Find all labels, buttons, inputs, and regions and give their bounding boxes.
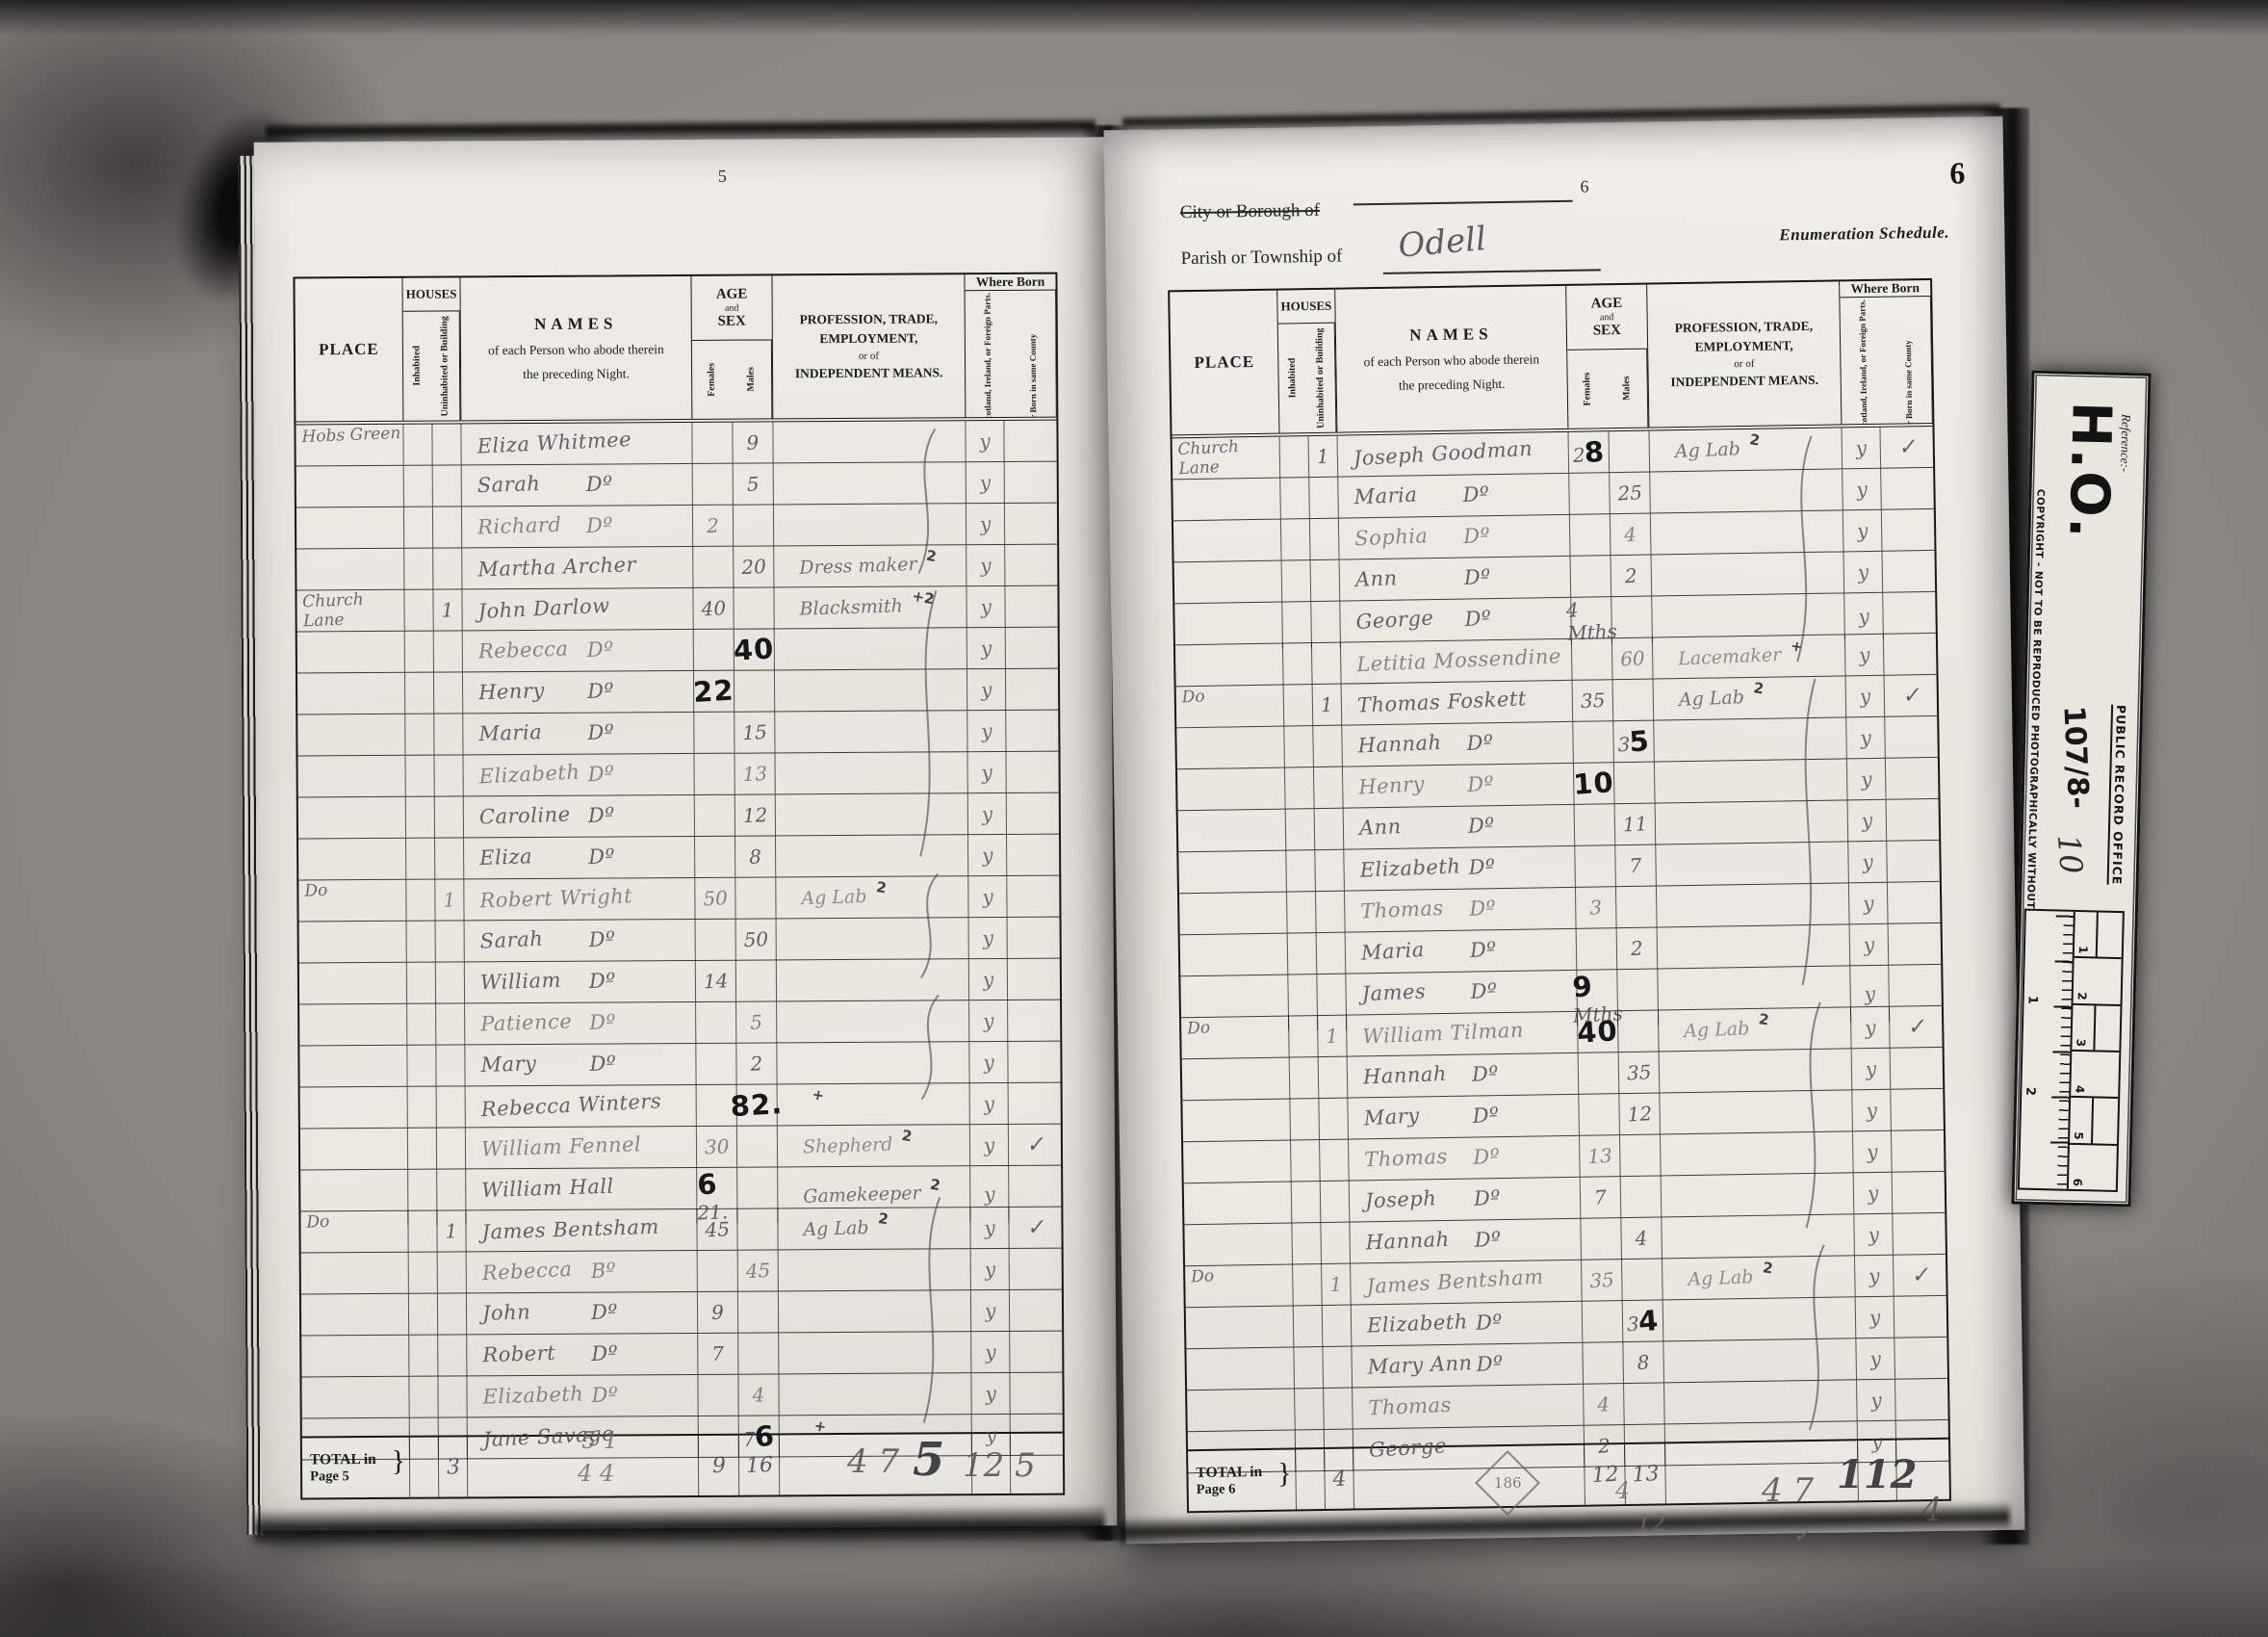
born-county-mark: y <box>1857 605 1869 629</box>
column-born-elsewhere: Whether Born in Scotland, Ireland, or Fo… <box>1840 298 1888 425</box>
male-age-entry: 4 <box>1597 1392 1610 1416</box>
born-county-mark: y <box>1859 685 1871 709</box>
column-uninhabited: Uninhabited or Building <box>431 311 461 420</box>
male-age-entry: 30 <box>705 1135 730 1158</box>
male-age-entry: 40 <box>1577 1015 1618 1049</box>
born-county-mark: y <box>1855 436 1868 460</box>
pencil-note: 12 5 <box>963 1446 1036 1485</box>
census-page-5: 5 PLACE HOUSES Uninhabited or Building I… <box>254 137 1118 1530</box>
name-entry: Mary Ann <box>1367 1343 1473 1387</box>
ditto-mark: Dº <box>1462 475 1490 514</box>
profession-entry: Shepherd <box>803 1133 893 1157</box>
male-age-entry: 22 <box>693 675 735 708</box>
name-entry: Hannah <box>1365 1220 1451 1262</box>
census-row: CarolineDº12y <box>298 793 1059 840</box>
census-table: PLACE HOUSES Uninhabited or Building Inh… <box>1168 278 1951 1513</box>
column-females: Females <box>692 341 732 419</box>
ruler-cm-cell: 2 <box>2074 958 2122 1006</box>
pencil-note: 5 1 <box>581 1427 618 1454</box>
column-age-and: and <box>1600 312 1614 323</box>
born-county-mark: y <box>1861 850 1873 874</box>
male-age-entry: 4 Mths <box>1566 597 1616 644</box>
female-age-entry: 12 <box>1627 1103 1652 1126</box>
table-rows: Church Lane1Joseph Goodman28Ag Lab2y✓Mar… <box>1173 427 1948 1449</box>
born-elsewhere-mark: ✓ <box>1910 1262 1930 1288</box>
born-county-mark: y <box>980 678 992 702</box>
ditto-mark: Dº <box>586 630 614 669</box>
name-entry: Hannah <box>1362 1054 1448 1097</box>
name-entry: Elizabeth <box>478 753 580 796</box>
name-entry: Thomas <box>1364 1137 1449 1180</box>
female-age-entry: 60 <box>1620 647 1645 670</box>
name-entry: James Bentsham <box>481 1208 659 1252</box>
enumerator-mark: 2 <box>1752 679 1765 697</box>
name-entry: Henry <box>477 671 545 712</box>
ruler-inch-number: 2 <box>2023 1087 2037 1096</box>
pencil-note: 12 <box>1637 1510 1666 1537</box>
name-entry: Joseph Goodman <box>1353 429 1533 479</box>
column-place: PLACE <box>319 340 379 359</box>
census-row: ElizabethDº4y <box>301 1373 1062 1419</box>
column-males: Males <box>1607 350 1648 429</box>
ditto-mark: Dº <box>1466 723 1494 763</box>
name-entry: Maria <box>1353 476 1418 517</box>
column-profession-1: PROFESSION, TRADE, <box>799 311 938 327</box>
name-entry: Ann <box>1354 559 1398 599</box>
census-row: Rebecca Winters82.+y <box>300 1083 1061 1130</box>
column-born-county: Whether Born in same County <box>1885 297 1933 424</box>
column-born-elsewhere: Whether Born in Scotland, Ireland, or Fo… <box>966 291 1012 417</box>
inhabited-entry: 1 <box>445 1219 458 1243</box>
female-age-entry: 25 <box>1617 481 1642 505</box>
pencil-check: ✓ <box>1792 1521 1812 1548</box>
born-county-mark: y <box>979 471 992 495</box>
born-county-mark: y <box>1868 1264 1880 1288</box>
column-names-sub2: the preceding Night. <box>523 366 630 382</box>
census-row: RebeccaBº45y <box>301 1249 1062 1295</box>
name-entry: George <box>1354 598 1434 641</box>
born-elsewhere-mark: ✓ <box>1900 683 1920 709</box>
table-header: PLACE HOUSES Uninhabited or Building Inh… <box>295 274 1056 426</box>
total-brace: } <box>391 1445 405 1478</box>
born-county-mark: y <box>983 1216 995 1240</box>
ditto-mark: Dº <box>587 754 616 793</box>
place-entry: Church Lane <box>296 589 365 632</box>
ditto-mark: Dº <box>1476 1344 1504 1384</box>
total-inhabited: 4 <box>1331 1467 1346 1492</box>
inhabited-entry: 1 <box>1326 1025 1339 1049</box>
born-county-mark: y <box>982 1051 994 1075</box>
ditto-mark: Dº <box>1463 599 1492 639</box>
name-entry: Patience <box>480 1001 573 1043</box>
census-row: MariaDº15y <box>297 711 1058 757</box>
ditto-mark: Dº <box>1468 847 1496 887</box>
pencil-note: 4 7 <box>847 1442 899 1481</box>
column-houses: HOUSES <box>1277 290 1335 325</box>
census-row: ElizaDº8y <box>298 835 1059 881</box>
born-county-mark: y <box>978 429 991 454</box>
column-age: AGE <box>716 286 748 302</box>
born-county-mark: y <box>1863 933 1875 957</box>
born-county-mark: y <box>983 1092 995 1116</box>
census-row: William Fennel30Shepherd2y✓ <box>300 1125 1061 1171</box>
name-entry: Richard <box>477 506 562 547</box>
profession-entry: Blacksmith <box>799 595 903 619</box>
enumerator-mark: 2 <box>929 1176 941 1194</box>
ditto-mark: Dº <box>1473 1137 1501 1177</box>
born-county-mark: y <box>984 1340 996 1364</box>
census-row: MaryDº2y <box>299 1042 1060 1088</box>
name-entry: William Hall <box>481 1167 615 1209</box>
ditto-mark: Dº <box>587 795 615 835</box>
female-age-entry: 82. <box>731 1088 784 1121</box>
male-age-entry: 28 <box>1572 435 1605 469</box>
ruler-cm-cell: 5 <box>2070 1098 2118 1146</box>
ditto-mark: Dº <box>1467 806 1495 845</box>
table-header: PLACE HOUSES Uninhabited or Building Inh… <box>1170 280 1932 438</box>
name-entry: Mary <box>480 1044 537 1084</box>
page-number-small: 6 <box>1580 177 1588 197</box>
total-row: TOTAL in Page 5 } 3 9 16 <box>302 1432 1063 1498</box>
female-age-entry: 5 <box>747 473 760 496</box>
male-age-entry: 14 <box>704 970 729 993</box>
total-page-label: Page 5 <box>310 1468 349 1485</box>
ruler-cm-cell: 1 <box>2075 912 2123 960</box>
place-entry: Do <box>1181 1017 1211 1039</box>
census-row: RebeccaDº40y <box>297 628 1058 674</box>
inhabited-entry: 1 <box>1316 445 1329 469</box>
male-age-entry: 7 <box>711 1342 724 1365</box>
ditto-mark: Dº <box>589 1044 617 1083</box>
inhabited-entry: 1 <box>1329 1272 1343 1296</box>
female-age-entry: 7 <box>1630 854 1642 877</box>
female-age-entry: 50 <box>743 927 768 950</box>
name-entry: Letitia Mossendine <box>1355 637 1561 684</box>
inhabited-entry: 1 <box>1320 693 1333 717</box>
enumerator-mark: 2 <box>925 547 938 565</box>
born-county-mark: y <box>985 1382 997 1406</box>
record-office-label: PUBLIC RECORD OFFICE <box>2107 705 2129 886</box>
born-county-mark: y <box>984 1299 996 1323</box>
male-age-entry: 3 <box>1589 896 1602 919</box>
female-age-entry: 15 <box>742 720 767 743</box>
pencil-note: 4 <box>1921 1491 1943 1529</box>
born-county-mark: y <box>981 761 993 785</box>
enumerator-mark: 2 <box>1748 430 1761 449</box>
ditto-mark: Dº <box>588 961 616 1000</box>
profession-entry: Dress maker <box>799 554 917 579</box>
born-elsewhere-mark: ✓ <box>1025 1214 1045 1240</box>
column-males: Males <box>732 340 772 418</box>
born-county-mark: y <box>984 1258 996 1282</box>
column-names-sub2: the preceding Night. <box>1399 377 1506 394</box>
column-females: Females <box>1567 350 1608 429</box>
female-age-entry: 2 <box>1631 937 1643 960</box>
ditto-mark: Dº <box>1471 1054 1499 1094</box>
born-county-mark: y <box>979 554 992 578</box>
census-row: SarahDº50y <box>299 918 1060 964</box>
column-where-born: Where Born <box>965 274 1055 292</box>
profession-entry: Ag Lab <box>801 886 867 909</box>
total-males: 9 <box>711 1453 726 1478</box>
born-county-mark: y <box>1858 643 1870 667</box>
female-age-entry: 4 <box>1624 523 1637 546</box>
born-county-mark: y <box>983 1133 995 1157</box>
female-age-entry: 2 <box>1625 564 1637 587</box>
female-age-entry: 35 <box>1617 725 1650 759</box>
ditto-mark: Dº <box>1468 889 1496 928</box>
name-entry: Joseph <box>1364 1179 1437 1220</box>
column-profession-3: or of <box>859 351 879 362</box>
female-age-entry: 11 <box>1622 813 1647 836</box>
column-profession-2: EMPLOYMENT, <box>1694 338 1792 355</box>
page-edge-smear <box>254 1506 1105 1546</box>
name-entry: William <box>479 961 561 1002</box>
born-county-mark: y <box>1855 478 1868 502</box>
name-entry: Sarah <box>479 920 544 961</box>
born-county-mark: y <box>980 719 992 743</box>
female-age-entry: 4 <box>1636 1227 1648 1250</box>
name-entry: Martha Archer <box>477 545 637 588</box>
column-names: NAMES <box>1409 325 1493 345</box>
born-county-mark: y <box>1867 1223 1879 1247</box>
name-entry: Elizabeth <box>482 1374 584 1416</box>
name-entry: James <box>1361 972 1427 1013</box>
total-page-label: Page 6 <box>1197 1481 1236 1498</box>
census-row: PatienceDº5y <box>299 1000 1060 1047</box>
city-borough-label: City or Borough of <box>1180 200 1320 223</box>
born-county-mark: y <box>983 1182 995 1207</box>
profession-entry: Ag Lab <box>1684 1018 1750 1042</box>
name-entry: Eliza <box>479 837 533 877</box>
born-county-mark: y <box>1865 1057 1877 1081</box>
profession-entry: Ag Lab <box>1678 687 1744 711</box>
pencil-note: 4 7 <box>1762 1471 1814 1510</box>
ditto-mark: Dº <box>1475 1303 1503 1342</box>
ditto-mark: Dº <box>1466 765 1495 805</box>
female-age-entry: 20 <box>741 555 766 578</box>
male-age-entry: 35 <box>1580 689 1605 712</box>
ditto-mark: Dº <box>589 1002 617 1042</box>
female-age-entry: 34 <box>1626 1305 1659 1338</box>
born-county-mark: y <box>1869 1389 1882 1413</box>
archive-code: H.O. <box>2056 401 2122 540</box>
place-entry: Do <box>1175 686 1205 708</box>
enumeration-schedule-label: Enumeration Schedule. <box>1779 223 1949 246</box>
name-entry: Rebecca <box>481 1250 573 1292</box>
name-entry: Caroline <box>478 795 571 837</box>
name-entry: Thomas <box>1368 1386 1453 1428</box>
item-number-handwritten: 10 <box>2050 833 2090 875</box>
born-county-mark: y <box>1865 1099 1877 1123</box>
ditto-mark: Dº <box>1472 1096 1501 1136</box>
census-row: William Hall621.Gamekeeper2y <box>300 1166 1061 1212</box>
born-county-mark: y <box>1861 809 1873 833</box>
column-sex: SEX <box>1593 323 1621 339</box>
census-page-6: 6 6 City or Borough of Parish or Townshi… <box>1104 117 2025 1544</box>
male-age-entry: 7 <box>1594 1185 1607 1208</box>
female-age-entry: 40 <box>734 633 775 665</box>
parish-name-handwritten: Odell <box>1397 220 1488 266</box>
column-names: NAMES <box>534 314 618 334</box>
total-brace: } <box>1277 1458 1292 1491</box>
column-houses: HOUSES <box>402 277 459 311</box>
born-county-mark: y <box>1867 1182 1879 1206</box>
born-county-mark: y <box>981 844 993 868</box>
profession-entry: Ag Lab <box>1674 438 1740 462</box>
male-age-entry: 40 <box>701 597 726 620</box>
piece-number: 107/8- <box>2056 705 2095 809</box>
name-entry: William Tilman <box>1362 1011 1525 1056</box>
enumerator-mark: 2 <box>1758 1010 1770 1028</box>
enumerator-mark: 2 <box>1762 1259 1774 1277</box>
ditto-mark: Dº <box>587 713 615 752</box>
male-age-entry: 45 <box>705 1218 730 1241</box>
profession-entry: Ag Lab <box>1688 1266 1754 1290</box>
ditto-mark: Dº <box>586 671 614 711</box>
ditto-mark: Dº <box>588 837 616 876</box>
name-entry: Sarah <box>477 464 541 505</box>
ruler-inch-scale: 12 <box>2020 911 2074 1189</box>
ruler-cm-cell: 6 <box>2069 1144 2117 1190</box>
born-county-mark: y <box>1864 1016 1876 1040</box>
born-county-mark: y <box>982 926 994 950</box>
pencil-note: 4 <box>1615 1477 1630 1504</box>
born-county-mark: y <box>1869 1306 1881 1330</box>
female-age-entry: 8 <box>749 845 761 869</box>
ruler-inch-number: 1 <box>2025 996 2040 1004</box>
male-age-entry: 35 <box>1589 1268 1614 1291</box>
male-age-entry: 10 <box>1573 767 1614 800</box>
born-county-mark: y <box>1869 1347 1882 1371</box>
born-elsewhere-mark: ✓ <box>1896 434 1917 460</box>
female-age-entry: 45 <box>745 1259 770 1282</box>
ditto-mark: Dº <box>588 920 617 959</box>
born-county-mark: y <box>1864 982 1876 1006</box>
parish-rule <box>1383 269 1601 274</box>
female-age-entry: 2 <box>751 1052 763 1076</box>
ditto-mark: Dº <box>591 1375 619 1415</box>
census-row: Do1James Bentsham45Ag Lab2y✓ <box>300 1208 1061 1254</box>
name-entry: Thomas Foskett <box>1356 679 1527 724</box>
place-entry: Hobs Green <box>296 423 401 448</box>
ditto-mark: Dº <box>585 464 613 504</box>
total-females: 13 <box>1631 1462 1659 1487</box>
male-age-entry: 2 <box>707 514 719 537</box>
name-entry: Rebecca Winters <box>480 1081 662 1129</box>
total-females: 16 <box>745 1452 773 1477</box>
ditto-mark: Dº <box>1473 1179 1501 1218</box>
name-entry: Mary <box>1363 1096 1421 1137</box>
name-entry: John Darlow <box>477 586 611 632</box>
census-row: SarahDº5y <box>296 462 1057 508</box>
ditto-mark: Bº <box>590 1251 617 1290</box>
pencil-note: 5 <box>913 1433 944 1487</box>
column-uninhabited: Uninhabited or Building <box>1306 324 1337 432</box>
inhabited-entry: 1 <box>443 888 456 912</box>
born-county-mark: y <box>982 968 994 992</box>
name-entry: Hannah <box>1357 723 1443 766</box>
name-entry: Maria <box>1360 930 1426 973</box>
column-profession-1: PROFESSION, TRADE, <box>1675 319 1814 336</box>
name-entry: Sophia <box>1353 516 1429 558</box>
census-row: Do1Robert Wright50Ag Lab2y <box>298 876 1059 922</box>
census-row: HenryDº22y <box>297 669 1058 715</box>
enumerator-mark: + <box>811 1085 825 1104</box>
column-profession-2: EMPLOYMENT, <box>819 331 917 348</box>
place-entry: Do <box>1185 1265 1215 1287</box>
profession-entry: Lacemaker <box>1678 644 1782 669</box>
microfilm-photo: 5 PLACE HOUSES Uninhabited or Building I… <box>0 0 2268 1637</box>
born-county-mark: y <box>980 595 992 619</box>
born-county-mark: y <box>1866 1140 1878 1164</box>
born-county-mark: y <box>981 802 993 826</box>
column-profession-3: or of <box>1734 358 1754 370</box>
name-entry: Robert Wright <box>479 876 633 920</box>
ruler-cm-cell: 3 <box>2072 1005 2120 1053</box>
place-entry: Do <box>298 880 328 902</box>
ruler-cm-cell: 4 <box>2071 1052 2119 1100</box>
census-row: JohnDº9y <box>301 1290 1062 1337</box>
born-county-mark: y <box>980 637 992 661</box>
ditto-mark: Dº <box>590 1292 618 1332</box>
enumerator-mark: 2 <box>875 878 888 896</box>
enumerator-mark: +2 <box>911 587 936 609</box>
census-row: Hobs GreenEliza Whitmee9y <box>296 421 1056 467</box>
column-where-born: Where Born <box>1840 280 1930 298</box>
pencil-note: 4 4 <box>578 1460 614 1487</box>
column-names-sub1: of each Person who abode therein <box>488 342 664 358</box>
column-profession-4: INDEPENDENT MEANS. <box>795 365 943 381</box>
ruler: 123456 12 <box>2018 909 2125 1192</box>
female-age-entry: 12 <box>743 803 768 826</box>
born-county-mark: y <box>1856 519 1869 543</box>
female-age-entry: 8 <box>1637 1351 1650 1374</box>
column-inhabited: Inhabited <box>1278 324 1308 432</box>
column-age-and: and <box>725 302 739 313</box>
pencil-note: 112 <box>1837 1452 1918 1497</box>
ditto-mark: Dº <box>585 506 613 545</box>
table-rows: Hobs GreenEliza Whitmee9ySarahDº5yRichar… <box>296 421 1062 1437</box>
column-age: AGE <box>1591 295 1623 312</box>
ditto-mark: Dº <box>1463 558 1491 597</box>
place-entry: Church Lane <box>1172 436 1241 480</box>
page-number: 5 <box>718 167 727 187</box>
male-age-entry: 9 <box>711 1301 724 1324</box>
born-county-mark: y <box>1857 560 1869 585</box>
name-entry: Henry <box>1357 765 1426 807</box>
column-profession-4: INDEPENDENT MEANS. <box>1670 373 1818 390</box>
page-number-bold: 6 <box>1949 155 1966 191</box>
total-label: TOTAL in <box>310 1450 376 1468</box>
name-entry: Eliza Whitmee <box>477 420 632 466</box>
born-county-mark: y <box>981 885 993 909</box>
name-entry: Thomas <box>1359 889 1444 931</box>
column-sex: SEX <box>718 313 746 329</box>
inhabited-entry: 1 <box>441 598 454 622</box>
census-row: Martha Archer20Dress maker2y <box>296 545 1057 591</box>
column-inhabited: Inhabited <box>403 312 432 421</box>
name-entry: Maria <box>478 713 543 753</box>
born-elsewhere-mark: ✓ <box>1024 1131 1044 1157</box>
profession-entry: Gamekeeper <box>803 1182 921 1208</box>
census-row: RichardDº2y <box>296 504 1057 550</box>
name-entry: William Fennel <box>480 1125 641 1168</box>
born-county-mark: y <box>1859 726 1871 750</box>
total-label: TOTAL in <box>1196 1464 1262 1482</box>
name-entry: Rebecca <box>477 630 569 671</box>
ruler-cm-scale: 123456 <box>2067 912 2123 1190</box>
